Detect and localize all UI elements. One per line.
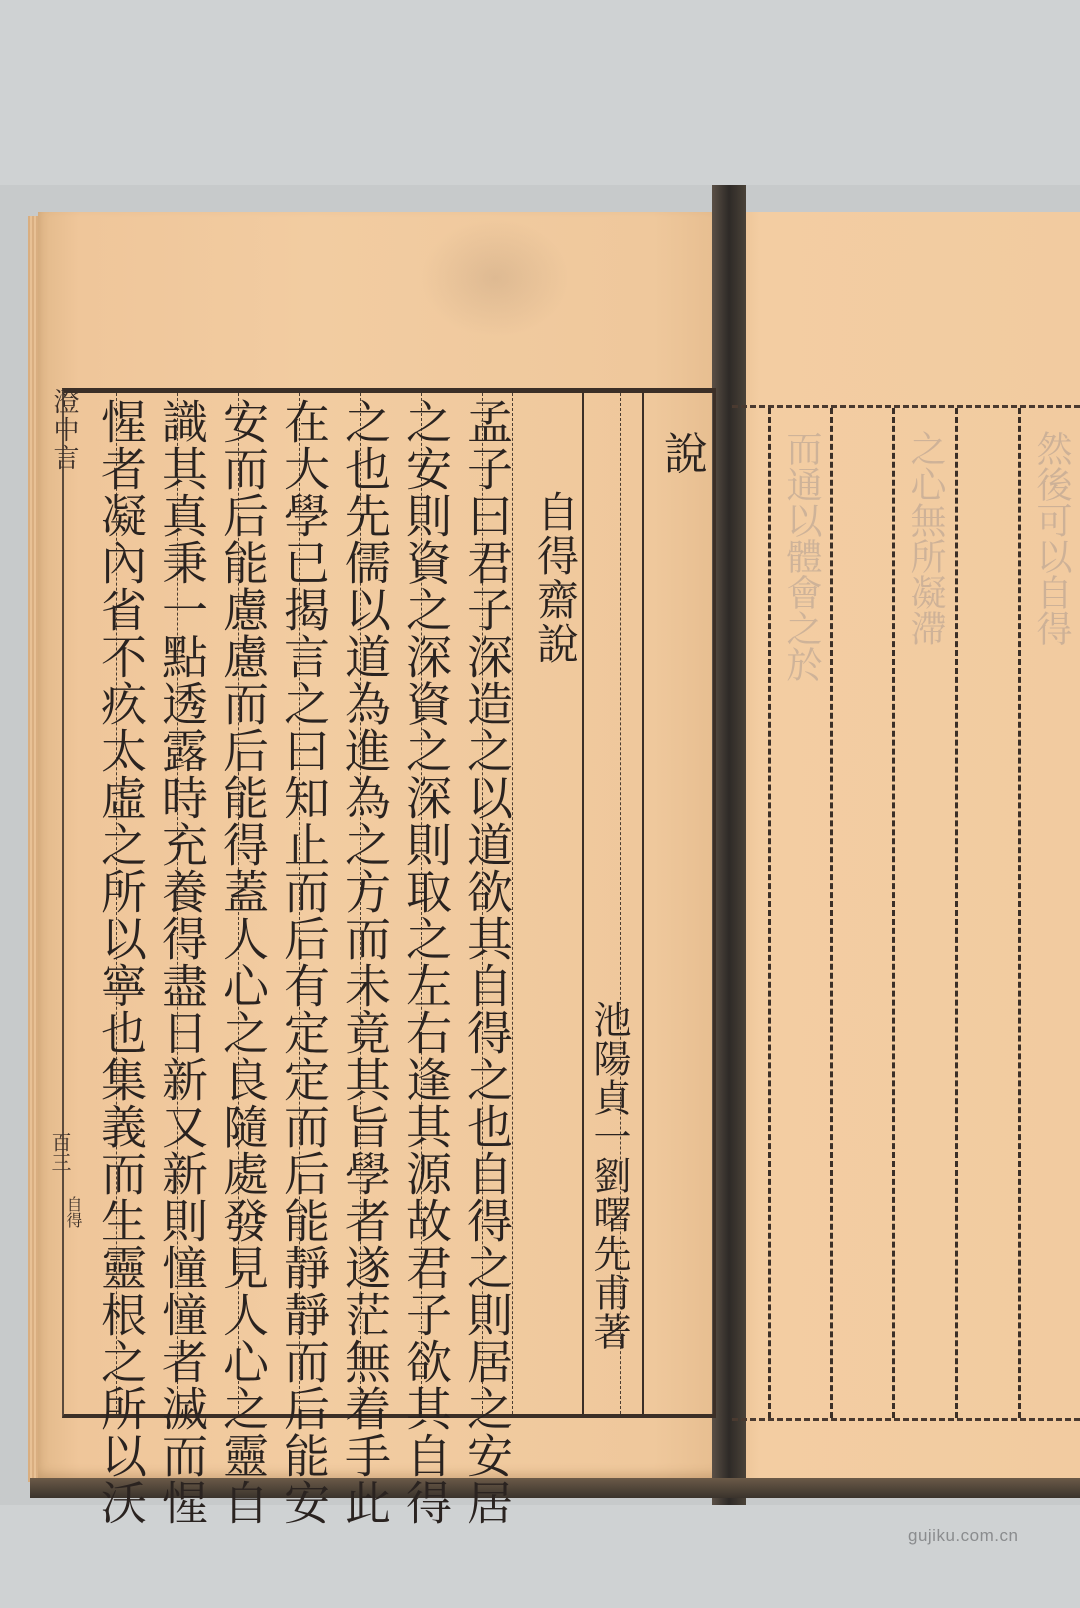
text-column: 安而后能慮慮而后能得蓋人心之良隨處發見人心之靈自 [214,398,272,1526]
margin-page-number: 百三 [46,1132,75,1172]
show-through-text: 然後可以自得 [1026,430,1076,646]
margin-book-title: 澄中言 [46,388,83,472]
text-column: 之安則資之深資之深則取之左右逢其源故君子欲其自得 [397,398,455,1526]
column-rule [768,408,771,1418]
column-rule [1018,408,1021,1418]
column-rule [892,408,895,1418]
text-column: 識其真秉一點透露時充養得盡日新又新則憧憧者滅而惺 [153,398,211,1526]
show-through-text: 之心無所凝滯 [900,430,950,646]
paper-stain [420,218,570,338]
body-text: 孟子曰君子深造之以道欲其自得之也自得之則居之安居 之安則資之深資之深則取之左右逢… [64,398,714,1408]
text-column: 在大學已揭言之曰知止而后有定定而后能靜靜而后能安 [275,398,333,1526]
text-column: 之也先儒以道為進為之方而未竟其旨學者遂茫無着手此 [336,398,394,1526]
text-column: 惺者凝內省不疚太虛之所以寧也集義而生靈根之所以沃 [92,398,150,1526]
show-through-text: 而通以體會之於 [776,430,826,682]
text-column: 孟子曰君子深造之以道欲其自得之也自得之則居之安居 [458,398,516,1526]
column-rule [955,408,958,1418]
margin-section: 自得 [62,1196,85,1228]
watermark: gujiku.com.cn [908,1526,1018,1546]
column-rule [830,408,833,1418]
